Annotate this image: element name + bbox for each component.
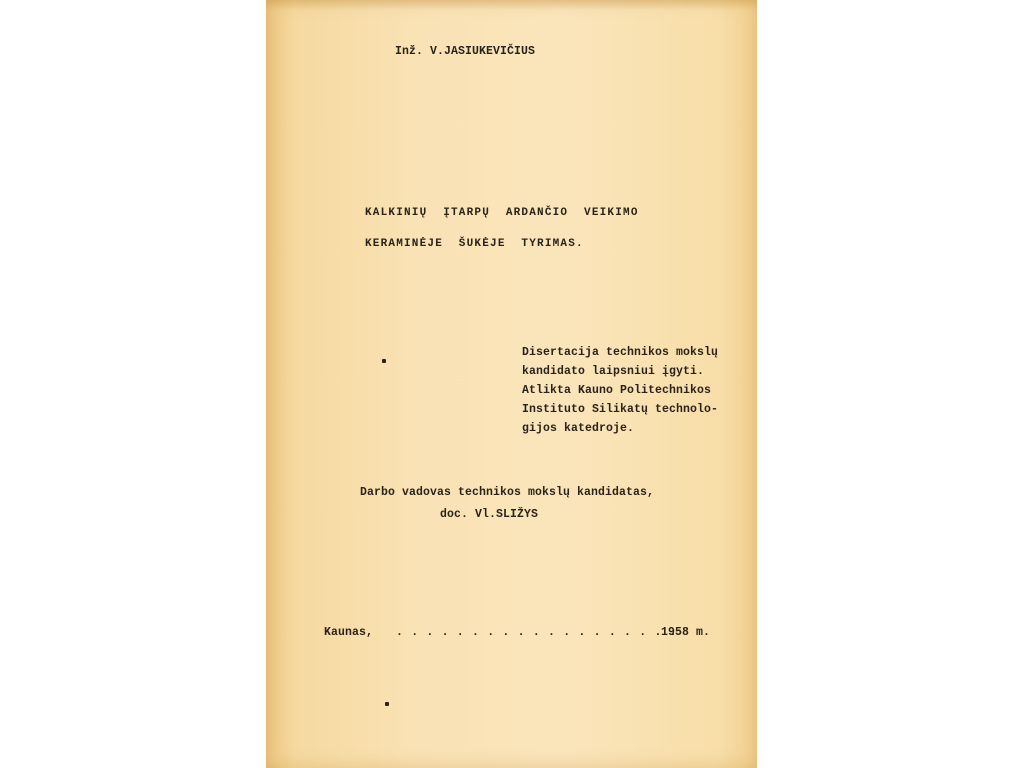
- dissertation-line-5: gijos katedroje.: [522, 419, 634, 438]
- title-line-2: KERAMINĖJE ŠUKĖJE TYRIMAS.: [365, 229, 584, 260]
- date-dots: . . . . . . . . . . . . . . . . . . .: [396, 623, 677, 642]
- ink-speck: [382, 359, 386, 363]
- dissertation-line-4: Instituto Silikatų technolo-: [522, 400, 718, 419]
- ink-speck: [385, 702, 389, 706]
- year: 1958 m.: [661, 623, 710, 642]
- place-name: Kaunas,: [324, 623, 373, 642]
- dissertation-line-3: Atlikta Kauno Politechnikos: [522, 381, 711, 400]
- supervisor-line-2: doc. Vl.SLIŽYS: [440, 505, 538, 524]
- document-page: Inž. V.JASIUKEVIČIUS KALKINIŲ ĮTARPŲ ARD…: [266, 0, 757, 768]
- supervisor-line-1: Darbo vadovas technikos mokslų kandidata…: [360, 483, 654, 502]
- dissertation-line-1: Disertacija technikos mokslų: [522, 343, 718, 362]
- author-name: Inž. V.JASIUKEVIČIUS: [395, 42, 535, 61]
- title-line-1: KALKINIŲ ĮTARPŲ ARDANČIO VEIKIMO: [365, 198, 639, 229]
- dissertation-line-2: kandidato laipsniui įgyti.: [522, 362, 704, 381]
